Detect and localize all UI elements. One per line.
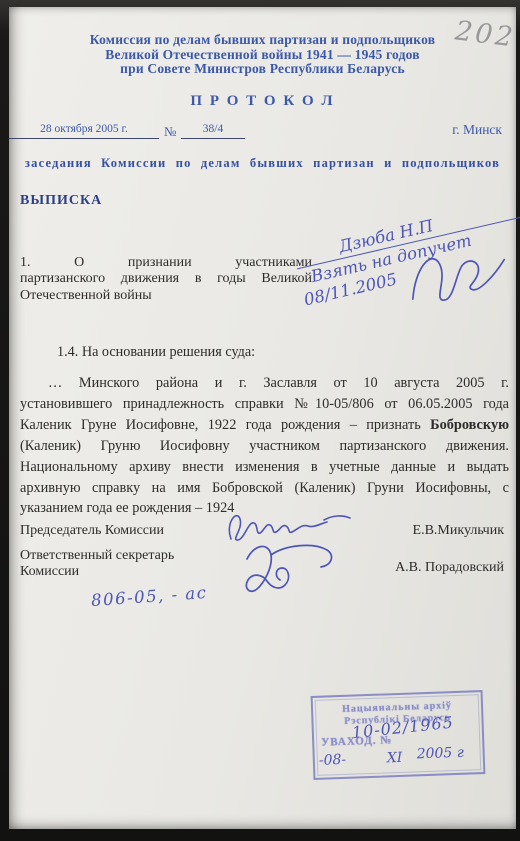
org-header: Комиссия по делам бывших партизан и подп… (9, 33, 516, 77)
scanned-document: 202 Комиссия по делам бывших партизан и … (0, 0, 520, 841)
secretary-title-line2: Комиссии (20, 564, 79, 580)
handwritten-filing-note: 806-05, - ас (90, 583, 207, 610)
stamp-date-day-handwritten: -08- (319, 752, 347, 769)
subject-line: заседания Комиссии по делам бывших парти… (9, 156, 516, 171)
number-sign: № (164, 124, 176, 140)
document-title: П Р О Т О К О Л (9, 93, 516, 110)
secretary-name: А.В. Порадовский (395, 560, 504, 576)
resolution-line1: … Минского района и г. Заславля от 10 ав… (20, 373, 509, 394)
date-field: 28 октября 2005 г. (9, 123, 159, 139)
agenda-item-1-line3: Отечественной войны (20, 288, 312, 304)
resolution-line3-text: Каленик Груне Иосифовне, 1922 года рожде… (20, 417, 421, 433)
archive-entry-stamp: Нацыянальны архіў Рэспублікі Беларусь УВ… (311, 690, 486, 780)
agenda-item-1: 1. О признании участниками партизанского… (20, 255, 312, 304)
stamp-date-year-handwritten: 2005 г (416, 745, 464, 763)
resolution-line4: (Каленик) Груню Иосифовну участником пар… (20, 436, 509, 457)
secretary-signature (231, 537, 339, 601)
org-header-line1: Комиссия по делам бывших партизан и подп… (9, 33, 516, 48)
extract-label: ВЫПИСКА (20, 193, 102, 209)
resolution-paragraph: … Минского района и г. Заславля от 10 ав… (20, 373, 509, 519)
resolution-line6: архивную справку на имя Бобровской (Кале… (20, 478, 509, 499)
resolution-line3-surname-bold: Бобровскую (430, 417, 509, 433)
city-label: г. Минск (452, 122, 502, 138)
org-header-line3: при Совете Министров Республики Беларусь (9, 62, 516, 77)
document-page: 202 Комиссия по делам бывших партизан и … (9, 7, 516, 829)
agenda-item-1-line2: партизанского движения в годы Великой (20, 271, 312, 287)
clause-1-4: 1.4. На основании решения суда: (20, 344, 420, 361)
resolution-line2: установившего принадлежность справки №10… (20, 394, 509, 415)
secretary-title-line1: Ответственный секретарь (20, 548, 174, 564)
chairman-name: Е.В.Микульчик (413, 523, 504, 539)
resolution-line3: Каленик Груне Иосифовне, 1922 года рожде… (20, 415, 509, 436)
agenda-item-1-line1: 1. О признании участниками (20, 255, 312, 271)
stamp-date-month-handwritten: XI (387, 750, 403, 767)
org-header-line2: Великой Отечественной войны 1941 — 1945 … (9, 48, 516, 63)
resolution-line5: Национальному архиву внести изменения в … (20, 457, 509, 478)
protocol-number-field: 38/4 (181, 123, 245, 139)
chairman-title: Председатель Комиссии (20, 523, 164, 539)
handwritten-margin-note: Дзюба Н.П Взять на допучет 08/11.2005 (292, 195, 520, 311)
